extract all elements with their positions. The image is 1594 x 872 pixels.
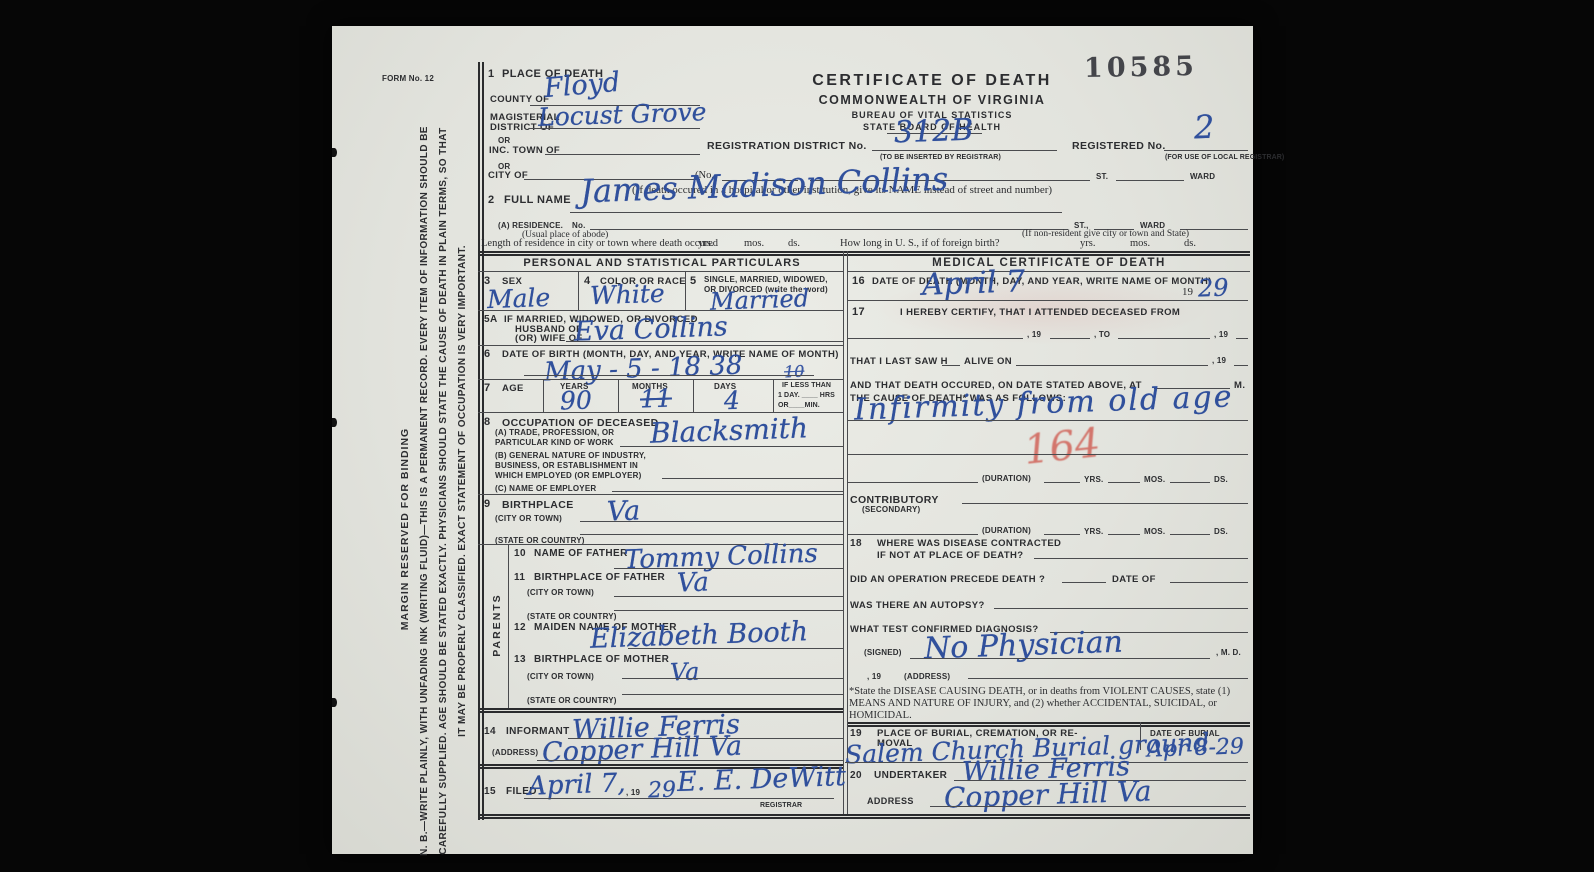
left-section-title: PERSONAL AND STATISTICAL PARTICULARS	[482, 257, 842, 269]
rule	[848, 300, 1248, 301]
certify-statement: I HEREBY CERTIFY, THAT I ATTENDED DECEAS…	[900, 307, 1180, 318]
rule	[968, 678, 1248, 679]
rule	[1170, 582, 1248, 583]
father-bp-value: Va	[676, 567, 709, 598]
cause-footnote: *State the DISEASE CAUSING DEATH, or in …	[849, 686, 1247, 722]
mos-label: mos.	[1130, 238, 1150, 249]
photo-background: { "doc": { "form_no": "FORM No. 12", "se…	[0, 0, 1594, 872]
signed-label: (SIGNED)	[864, 648, 902, 657]
item19-number: 19	[850, 728, 862, 739]
cause-code-red: 164	[1022, 420, 1103, 474]
yrs-label: yrs.	[1080, 238, 1095, 249]
mother-value: Elizabeth Booth	[590, 616, 809, 655]
rule	[662, 478, 843, 479]
mother-bp-state-label: (STATE OR COUNTRY)	[527, 696, 617, 705]
item6-number: 6	[484, 348, 491, 360]
disease-contracted-label-2: IF NOT AT PLACE OF DEATH?	[877, 550, 1024, 561]
registration-district-value: 312B	[893, 113, 973, 151]
rule	[910, 658, 1210, 659]
certificate-paper: FORM No. 12 MARGIN RESERVED FOR BINDING …	[332, 26, 1253, 854]
rule	[962, 503, 1248, 504]
registration-district-label: REGISTRATION DISTRICT No.	[707, 140, 867, 152]
rule	[1044, 534, 1080, 535]
cell-divider	[685, 271, 686, 310]
item14-number: 14	[484, 726, 496, 737]
rule	[566, 341, 843, 342]
father-bp-city-label: (CITY OR TOWN)	[527, 588, 594, 597]
rule	[1164, 150, 1248, 151]
father-bp-label: BIRTHPLACE OF FATHER	[534, 572, 665, 583]
rule	[524, 798, 834, 799]
rule	[1108, 534, 1140, 535]
form-left-border	[478, 62, 480, 820]
rule	[614, 568, 843, 569]
occupation-b-label-3: WHICH EMPLOYED (OR EMPLOYER)	[495, 471, 642, 480]
birthplace-city-label: (CITY OR TOWN)	[495, 514, 562, 523]
header-bottom-rule	[478, 251, 1250, 253]
parents-divider	[508, 544, 509, 710]
punch-hole	[332, 148, 337, 157]
age-less-label-1: IF LESS THAN	[782, 382, 831, 389]
father-value: Tommy Collins	[624, 539, 819, 576]
signed-address-label: (ADDRESS)	[904, 672, 950, 681]
undertaker-address-label: ADDRESS	[867, 796, 914, 806]
occupation-a-label-1: (A) TRADE, PROFESSION, OR	[495, 428, 614, 437]
rule	[524, 375, 814, 376]
rule	[1234, 365, 1248, 366]
section-heavy-rule	[478, 708, 843, 710]
rule	[994, 608, 1248, 609]
fullname-label: FULL NAME	[504, 194, 571, 206]
mos-label: mos.	[744, 238, 764, 249]
dod-19-printed: 19	[1182, 286, 1193, 298]
certify-19b: , 19	[1214, 330, 1228, 339]
rule	[1236, 338, 1248, 339]
item18-number: 18	[850, 538, 862, 549]
rule	[942, 365, 960, 366]
registered-no-value: 2	[1193, 108, 1215, 147]
item5a-number: 5A	[484, 314, 498, 325]
lastsaw-label-2: ALIVE ON	[964, 356, 1012, 367]
rule	[478, 379, 843, 380]
rule	[848, 271, 1250, 272]
operation-label: DID AN OPERATION PRECEDE DEATH ?	[850, 574, 1045, 585]
rule	[872, 150, 1057, 151]
filed-19-printed: , 19	[626, 788, 640, 797]
howlong-label: How long in U. S., if of foreign birth?	[840, 238, 1000, 249]
rule	[1180, 229, 1248, 230]
duration-ds-2: DS.	[1214, 527, 1228, 536]
race-value: White	[590, 279, 666, 311]
cell-divider	[618, 379, 619, 412]
rule	[580, 521, 843, 522]
commonwealth-subtitle: COMMONWEALTH OF VIRGINIA	[712, 93, 1152, 107]
signed-19-label: , 19	[867, 672, 881, 681]
item17-number: 17	[852, 306, 865, 318]
rule	[1050, 338, 1090, 339]
informant-address-value: Copper Hill Va	[542, 731, 743, 769]
punch-hole	[332, 418, 337, 427]
occupation-value: Blacksmith	[649, 411, 808, 449]
filed-date-value: April 7,	[528, 768, 627, 801]
duration-label: (DURATION)	[982, 474, 1031, 483]
item16-number: 16	[852, 275, 865, 287]
rule	[622, 694, 843, 695]
right-section-title: MEDICAL CERTIFICATE OF DEATH	[850, 257, 1248, 269]
rule	[478, 345, 843, 346]
rule	[580, 534, 843, 535]
or-label: OR	[498, 136, 510, 145]
rule	[628, 648, 843, 649]
age-less-label-3: OR____MIN.	[778, 402, 820, 409]
secondary-label: (SECONDARY)	[862, 505, 920, 514]
rule	[545, 154, 700, 155]
undertaker-address-value: Copper Hill Va	[943, 774, 1152, 814]
age-label: AGE	[502, 383, 524, 394]
item2-number: 2	[488, 194, 495, 206]
duration-mos-2: MOS.	[1144, 527, 1165, 536]
cell-divider	[693, 379, 694, 412]
rule	[1016, 365, 1208, 366]
mother-bp-value: Va	[670, 657, 700, 686]
rule	[478, 310, 843, 311]
item1-number: 1	[488, 68, 495, 80]
age-less-label-2: 1 DAY. ____ HRS	[778, 392, 835, 399]
county-value: Floyd	[543, 67, 622, 105]
rule	[1108, 482, 1140, 483]
spouse-label-3: (OR) WIFE OF	[515, 333, 583, 344]
disease-contracted-label-1: WHERE WAS DISEASE CONTRACTED	[877, 538, 1061, 549]
rule	[530, 128, 700, 129]
father-label: NAME OF FATHER	[534, 548, 628, 559]
rule	[1034, 558, 1248, 559]
filed-year-value: 29	[648, 778, 677, 804]
registered-no-note: (FOR USE OF LOCAL REGISTRAR)	[1165, 154, 1284, 161]
duration-label-2: (DURATION)	[982, 526, 1031, 535]
item10-number: 10	[514, 548, 526, 559]
rule	[612, 491, 843, 492]
death-occurred-m: M.	[1234, 380, 1245, 391]
age-months-value: 11	[640, 383, 673, 413]
registered-no-label: REGISTERED No.	[1072, 140, 1166, 152]
fullname-value: James Madison Collins	[579, 160, 948, 211]
operation-date-of-label: DATE OF	[1112, 574, 1156, 585]
rule	[620, 446, 843, 447]
certificate-title: CERTIFICATE OF DEATH	[712, 72, 1152, 90]
occupation-b-label-1: (B) GENERAL NATURE OF INDUSTRY,	[495, 451, 646, 460]
rule	[848, 534, 978, 535]
birthplace-label: BIRTHPLACE	[502, 499, 574, 511]
item20-number: 20	[850, 770, 862, 781]
registrar-label: REGISTRAR	[760, 802, 802, 809]
duration-ds: DS.	[1214, 475, 1228, 484]
father-bp-state-label: (STATE OR COUNTRY)	[527, 612, 617, 621]
ward-label: WARD	[1190, 172, 1215, 181]
occupation-b-label-2: BUSINESS, OR ESTABLISHMENT IN	[495, 461, 638, 470]
rule	[848, 338, 1023, 339]
certify-19a: , 19	[1027, 330, 1041, 339]
rule	[930, 806, 1246, 807]
column-divider	[847, 251, 848, 814]
md-label: , M. D.	[1216, 648, 1241, 657]
margin-nb-note: N. B.—WRITE PLAINLY, WITH UNFADING INK (…	[415, 121, 493, 861]
rule	[1170, 482, 1210, 483]
rule	[478, 271, 843, 272]
occupation-c-label: (C) NAME OF EMPLOYER	[495, 484, 596, 493]
lastsaw-label-1: THAT I LAST SAW H	[850, 356, 948, 367]
ds-label: ds.	[1184, 238, 1196, 249]
autopsy-label: WAS THERE AN AUTOPSY?	[850, 600, 985, 611]
ds-label: ds.	[788, 238, 800, 249]
form-bottom-border	[478, 814, 1250, 816]
duration-yrs-2: YRS.	[1084, 527, 1103, 536]
dod-year-value: 29	[1198, 273, 1230, 302]
parents-group-label: PARENTS	[491, 585, 503, 665]
rule	[590, 229, 1068, 230]
spouse-value: Eva Collins	[574, 311, 729, 347]
residence-no-label: No.	[572, 221, 586, 230]
cell-divider	[578, 271, 579, 310]
duration-mos: MOS.	[1144, 475, 1165, 484]
undertaker-label: UNDERTAKER	[874, 770, 947, 781]
rule	[570, 212, 1062, 213]
item8-number: 8	[484, 416, 491, 428]
cell-divider	[773, 379, 774, 412]
mother-bp-label: BIRTHPLACE OF MOTHER	[534, 654, 669, 665]
registrar-signature: E. E. DeWitt	[677, 761, 847, 798]
residence-label: (A) RESIDENCE.	[498, 221, 563, 230]
rule	[848, 454, 1248, 455]
lastsaw-19: , 19	[1212, 356, 1226, 365]
district-value: Locust Grove	[538, 97, 707, 132]
length-residence-label: Length of residence in city or town wher…	[481, 238, 718, 249]
age-days-value: 4	[723, 386, 740, 416]
yrs-label: yrs.	[698, 238, 713, 249]
city-label: CITY OF	[488, 170, 528, 181]
column-divider	[843, 251, 844, 814]
certify-to-label: , TO	[1094, 330, 1110, 339]
rule	[1044, 482, 1080, 483]
item13-number: 13	[514, 654, 526, 665]
cell-divider	[543, 379, 544, 412]
nonresident-note: (If non-resident give city or town and S…	[1022, 229, 1189, 239]
street-label: ST.	[1096, 172, 1108, 181]
rule	[1116, 180, 1184, 181]
rule	[1062, 582, 1106, 583]
item5-number: 5	[690, 275, 697, 287]
occupation-a-label-2: PARTICULAR KIND OF WORK	[495, 438, 614, 447]
duration-yrs: YRS.	[1084, 475, 1103, 484]
rule	[1118, 338, 1210, 339]
section-heavy-rule	[848, 722, 1250, 724]
rule	[614, 596, 843, 597]
punch-hole	[332, 698, 337, 707]
informant-address-label: (ADDRESS)	[492, 748, 538, 757]
burial-date-value: Apr 8-29	[1147, 734, 1245, 762]
item12-number: 12	[514, 622, 526, 633]
item7-number: 7	[484, 382, 491, 394]
rule	[848, 420, 1248, 421]
marital-label-1: SINGLE, MARRIED, WIDOWED,	[704, 275, 828, 284]
dod-value: April 7	[921, 264, 1025, 303]
informant-label: INFORMANT	[506, 726, 570, 737]
margin-binding-note: MARGIN RESERVED FOR BINDING	[399, 319, 411, 739]
rule	[848, 482, 978, 483]
signed-value: No Physician	[923, 625, 1123, 667]
mother-bp-city-label: (CITY OR TOWN)	[527, 672, 594, 681]
item11-number: 11	[514, 572, 525, 583]
rule	[478, 494, 843, 495]
rule	[614, 610, 843, 611]
form-number: FORM No. 12	[382, 74, 434, 83]
item9-number: 9	[484, 498, 491, 510]
rule	[622, 678, 843, 679]
item15-number: 15	[484, 786, 496, 797]
rule	[537, 760, 843, 761]
birthplace-value: Va	[606, 495, 640, 527]
rule	[1170, 534, 1210, 535]
